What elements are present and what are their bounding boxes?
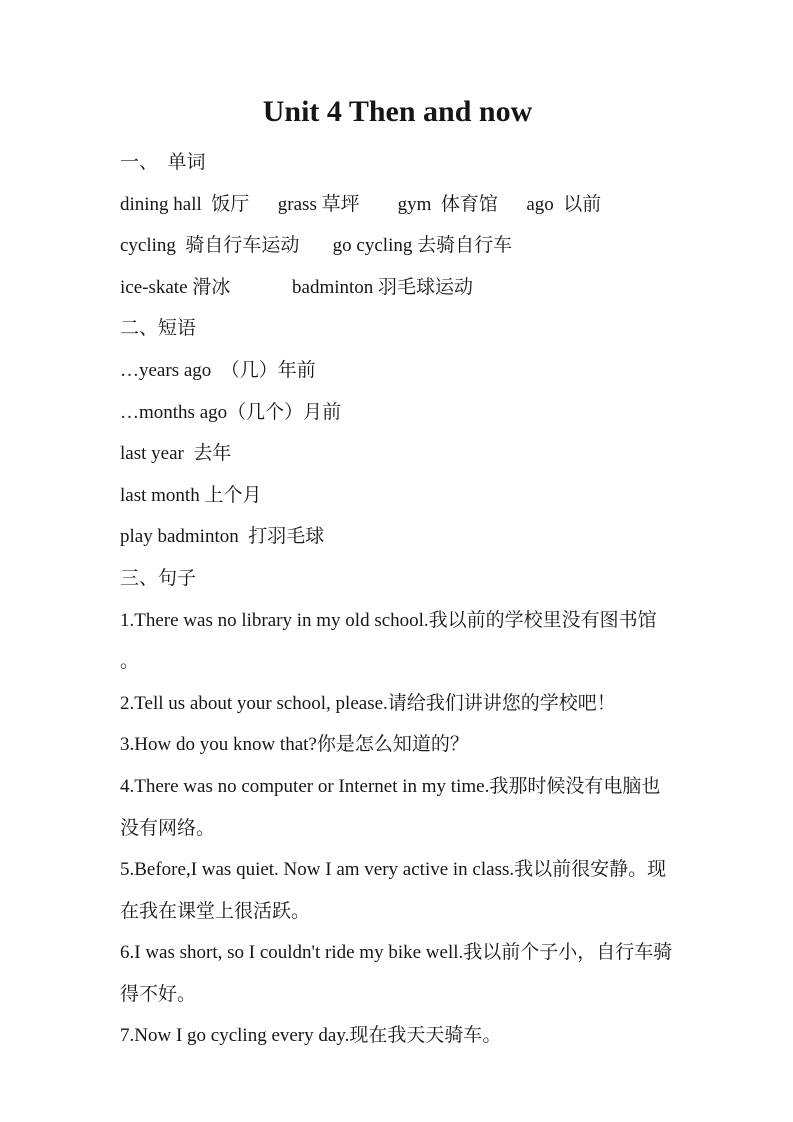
sentence-line: 7.Now I go cycling every day.现在我天天骑车。 xyxy=(120,1015,675,1057)
section-heading: 三、句子 xyxy=(120,558,675,600)
phrase-line: last year 去年 xyxy=(120,433,675,475)
sentence-line: 3.How do you know that?你是怎么知道的？ xyxy=(120,724,675,766)
vocab-line: cycling 骑自行车运动 go cycling 去骑自行车 xyxy=(120,225,675,267)
document-body: 一、 单词dining hall 饭厅 grass 草坪 gym 体育馆 ago… xyxy=(120,142,675,1057)
phrase-line: …years ago （几）年前 xyxy=(120,350,675,392)
phrase-line: …months ago（几个）月前 xyxy=(120,392,675,434)
vocab-line: dining hall 饭厅 grass 草坪 gym 体育馆 ago 以前 xyxy=(120,184,675,226)
sentence-line: 2.Tell us about your school, please.请给我们… xyxy=(120,683,675,725)
sentence-line: 1.There was no library in my old school.… xyxy=(120,600,675,683)
section-heading: 二、短语 xyxy=(120,308,675,350)
vocab-line: ice-skate 滑冰 badminton 羽毛球运动 xyxy=(120,267,675,309)
phrase-line: last month 上个月 xyxy=(120,475,675,517)
sentence-line: 5.Before,I was quiet. Now I am very acti… xyxy=(120,849,675,932)
document-page: { "colors": { "background": "#ffffff", "… xyxy=(0,0,793,1122)
sentence-line: 4.There was no computer or Internet in m… xyxy=(120,766,675,849)
sentence-line: 6.I was short, so I couldn't ride my bik… xyxy=(120,932,675,1015)
phrase-line: play badminton 打羽毛球 xyxy=(120,516,675,558)
section-heading: 一、 单词 xyxy=(120,142,675,184)
page: Unit 4 Then and now 一、 单词dining hall 饭厅 … xyxy=(0,0,793,1122)
document-title: Unit 4 Then and now xyxy=(120,90,675,134)
